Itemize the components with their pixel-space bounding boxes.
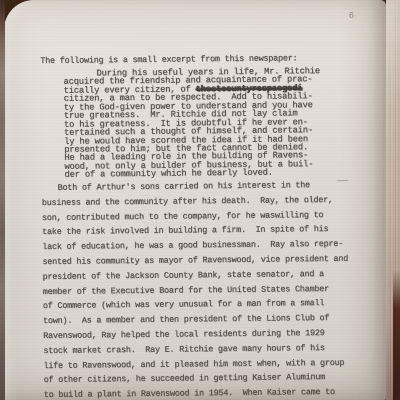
body-paragraph: Both of Arthur's sons carried on his int…	[42, 178, 350, 400]
typewritten-text-layer: 6 The following is a small excerpt from …	[0, 0, 400, 400]
page-number: 6	[349, 11, 354, 21]
margin-dash-annotation: ———	[337, 177, 347, 186]
intro-line: The following is a small excerpt from th…	[40, 53, 297, 66]
newspaper-excerpt-quote: During his useful years in life, Mr. Rit…	[63, 67, 321, 179]
photo-frame: 6 The following is a small excerpt from …	[0, 0, 400, 400]
body-line: to build a plant in Ravenswood in 1954. …	[44, 385, 350, 400]
